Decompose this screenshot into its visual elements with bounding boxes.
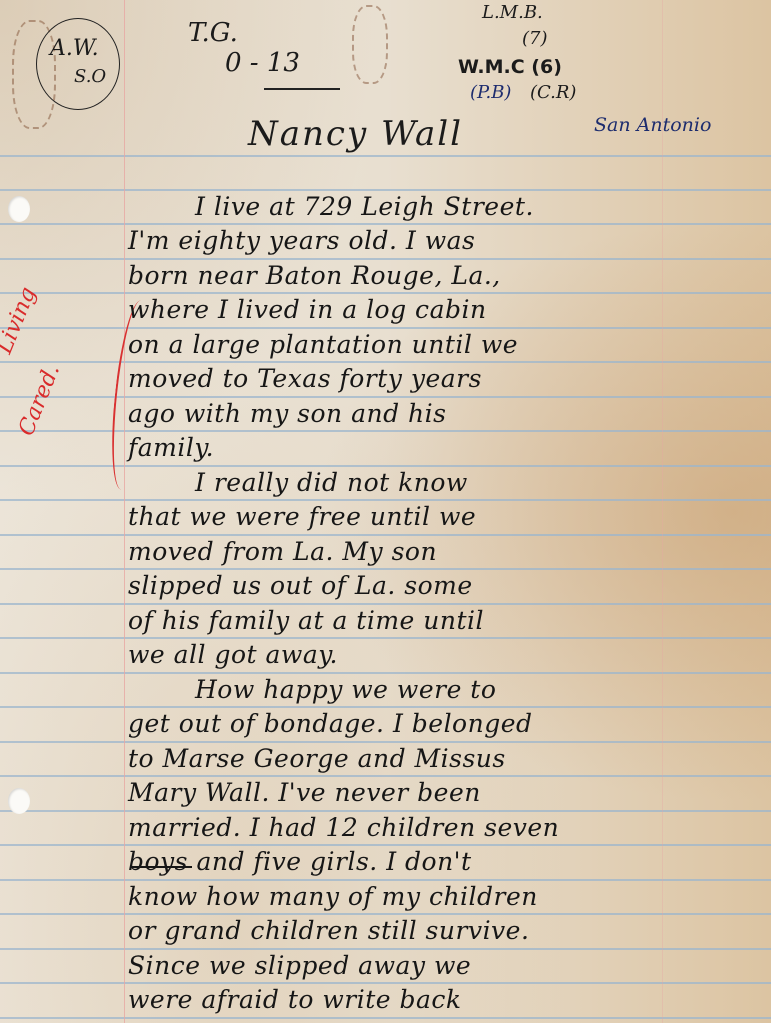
ruled-line bbox=[0, 913, 771, 915]
strikethrough-mark bbox=[130, 866, 192, 868]
ruled-line bbox=[0, 879, 771, 881]
punch-hole-top bbox=[8, 196, 30, 222]
ruled-line bbox=[0, 534, 771, 536]
ruled-line bbox=[0, 568, 771, 570]
circled-annotation bbox=[36, 18, 120, 110]
margin-note-living: Living bbox=[0, 284, 41, 358]
ruled-line bbox=[0, 292, 771, 294]
text-line: Since we slipped away we bbox=[128, 951, 471, 980]
paperclip-stain-center bbox=[352, 5, 388, 84]
text-line: of his family at a time until bbox=[128, 606, 484, 635]
ruled-line bbox=[0, 844, 771, 846]
text-line: boys and five girls. I don't bbox=[128, 847, 472, 876]
text-line: I really did not know bbox=[195, 468, 468, 497]
ruled-line bbox=[0, 223, 771, 225]
text-line: were afraid to write back bbox=[128, 985, 462, 1014]
ruled-line bbox=[0, 672, 771, 674]
ruled-line bbox=[0, 810, 771, 812]
text-line: know how many of my children bbox=[128, 882, 538, 911]
text-line: I live at 729 Leigh Street. bbox=[195, 192, 534, 221]
annotation-tg: T.G. bbox=[188, 18, 238, 48]
left-margin-line bbox=[124, 0, 125, 1023]
ruled-line bbox=[0, 1017, 771, 1019]
annotation-lmb: L.M.B. bbox=[482, 2, 543, 23]
margin-note-cared: Cared. bbox=[14, 361, 65, 439]
ruled-line bbox=[0, 258, 771, 260]
ruled-line bbox=[0, 189, 771, 191]
ruled-line bbox=[0, 982, 771, 984]
text-line: born near Baton Rouge, La., bbox=[128, 261, 501, 290]
ruled-line bbox=[0, 499, 771, 501]
text-line: on a large plantation until we bbox=[128, 330, 518, 359]
text-line: to Marse George and Missus bbox=[128, 744, 506, 773]
text-line: I'm eighty years old. I was bbox=[128, 226, 475, 255]
text-line: slipped us out of La. some bbox=[128, 571, 473, 600]
annotation-wmc: W.M.C (6) bbox=[458, 56, 562, 78]
annotation-cr: (C.R) bbox=[530, 82, 576, 103]
punch-hole-bottom bbox=[8, 788, 30, 814]
ruled-line bbox=[0, 637, 771, 639]
ruled-line bbox=[0, 775, 771, 777]
text-line: that we were free until we bbox=[128, 502, 476, 531]
text-line: where I lived in a log cabin bbox=[128, 295, 487, 324]
location-note: San Antonio bbox=[594, 114, 711, 136]
manuscript-page: A.W. S.O T.G. 0 - 13 L.M.B. (7) W.M.C (6… bbox=[0, 0, 771, 1023]
text-line: ago with my son and his bbox=[128, 399, 446, 428]
ruled-line bbox=[0, 327, 771, 329]
annotation-aw: A.W. bbox=[50, 36, 99, 61]
ruled-line bbox=[0, 948, 771, 950]
text-line: Mary Wall. I've never been bbox=[128, 778, 481, 807]
annotation-count: (7) bbox=[522, 28, 548, 49]
annotation-pb: (P.B) bbox=[470, 82, 511, 103]
text-line: we all got away. bbox=[128, 640, 338, 669]
text-line: family. bbox=[128, 433, 214, 462]
ruled-line bbox=[0, 155, 771, 157]
page-title: Nancy Wall bbox=[248, 114, 463, 154]
annotation-number: 0 - 13 bbox=[225, 48, 300, 78]
text-line: married. I had 12 children seven bbox=[128, 813, 559, 842]
ruled-line bbox=[0, 361, 771, 363]
ruled-line bbox=[0, 603, 771, 605]
text-line: get out of bondage. I belonged bbox=[128, 709, 533, 738]
right-margin-line bbox=[662, 0, 663, 1023]
annotation-so: S.O bbox=[74, 66, 106, 87]
text-line: How happy we were to bbox=[195, 675, 496, 704]
ruled-line bbox=[0, 741, 771, 743]
text-line: moved from La. My son bbox=[128, 537, 437, 566]
text-line: or grand children still survive. bbox=[128, 916, 529, 945]
ruled-line bbox=[0, 706, 771, 708]
annotation-underline bbox=[264, 88, 340, 90]
text-line: moved to Texas forty years bbox=[128, 364, 482, 393]
